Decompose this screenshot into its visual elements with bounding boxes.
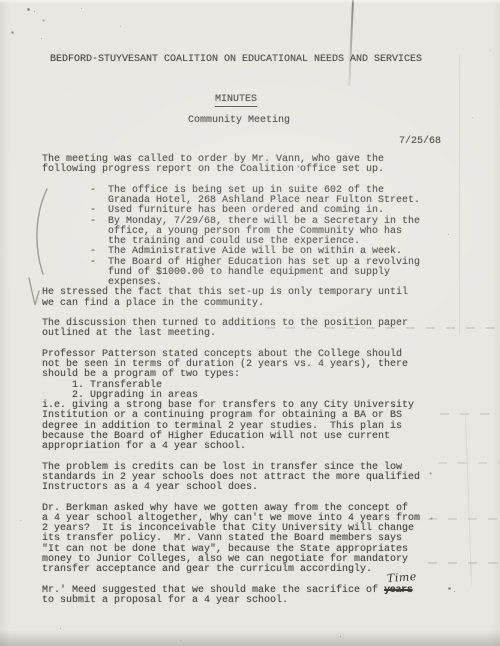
closing-prefix: Mr.' Meed suggested that we should make … (42, 585, 384, 596)
paper-specks (0, 0, 1, 1)
meeting-date: 7/25/68 (399, 136, 441, 147)
body-line (42, 493, 420, 503)
scan-smudge (438, 462, 500, 464)
body-line: appropriation for a 4 year school. (42, 442, 420, 452)
minutes-body: The meeting was called to order by Mr. V… (42, 155, 420, 606)
body-line (42, 452, 420, 462)
body-line: to submit a proposal for a 4 year school… (42, 596, 420, 606)
paper-crease-mark (459, 55, 460, 335)
body-line: Institution or a continuing program for … (42, 411, 420, 421)
paper-crease-mark (465, 415, 472, 585)
paper-crease-mark (348, 0, 353, 86)
body-line: He stressed the fact that this set-up is… (42, 288, 420, 298)
body-line: - The Administrative Aide will be on wit… (42, 247, 420, 257)
minutes-title: MINUTES (215, 94, 257, 107)
body-line: Instructors as a 4 year school does. (42, 483, 420, 493)
body-line: its transfer policy. Mr. Vann stated the… (42, 534, 420, 544)
pencil-checkmark (27, 276, 43, 310)
body-line: we can find a place in the community. (42, 299, 420, 309)
document-page: BEDFORD-STUYVESANT COALITION ON EDUCATIO… (0, 0, 500, 646)
body-line: following progress report on the Coaliti… (42, 165, 420, 175)
body-line: transfer acceptance and gear the curricu… (42, 565, 420, 575)
meeting-type: Community Meeting (188, 115, 290, 126)
body-line: should be a program of two types: (42, 370, 420, 380)
body-line: outlined at the last meeting. (42, 329, 420, 339)
scan-smudge (440, 413, 500, 415)
organization-title: BEDFORD-STUYVESANT COALITION ON EDUCATIO… (50, 54, 422, 65)
handwritten-correction: Time (387, 570, 418, 585)
scan-smudge (428, 518, 500, 520)
struck-out-word: years (384, 585, 413, 596)
scan-smudge (428, 562, 500, 564)
body-line: - Used furniture has been ordered and co… (42, 206, 420, 216)
